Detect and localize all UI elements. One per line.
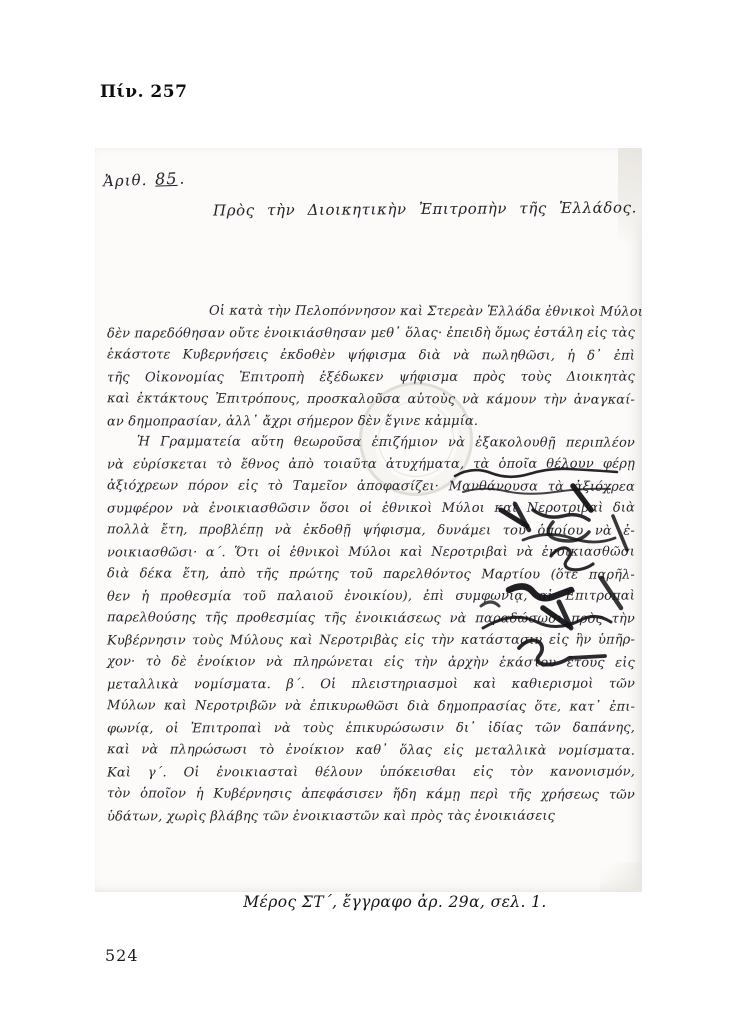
manuscript-line: τὸν ὁποῖον ἡ Κυβέρνησις ἀπεφάσισεν ἤδη κ…: [107, 783, 635, 806]
book-page: Πίν. 257 Ἀριθ. 85. Πρὸς τὴν Διοικητικὴν …: [0, 0, 743, 1027]
manuscript-line: ἑκάστοτε Κυβερνήσεις ἐκδοθὲν ψήφισμα διὰ…: [107, 344, 635, 367]
caption: Μέρος ΣΤ΄, ἔγγραφο ἀρ. 29α, σελ. 1.: [243, 893, 547, 911]
doc-number: Ἀριθ. 85.: [103, 169, 186, 191]
manuscript-line: αν δημοπρασίαν, ἀλλ᾽ ἄχρι σήμερον δὲν ἔγ…: [107, 411, 635, 434]
manuscript-line: Ἡ Γραμματεία αὕτη θεωροῦσα ἐπιζήμιον νὰ …: [107, 431, 635, 454]
manuscript-line: Μύλων καὶ Νεροτριβῶν νὰ ἐπικυρωθῶσι διὰ …: [107, 695, 635, 718]
manuscript-line: τῆς Οἰκονομίας Ἐπιτροπὴ ἐξέδωκεν ψήφισμα…: [107, 367, 635, 390]
doc-number-value: 85: [153, 169, 180, 189]
manuscript-line: καὶ νὰ πληρώσωσι τὸ ἐνοίκιον καθ᾽ ὅλας ε…: [107, 739, 635, 762]
doc-number-label: Ἀριθ.: [103, 171, 148, 191]
manuscript-line: δὲν παρεδόθησαν οὔτε ἐνοικιάσθησαν μεθ᾽ …: [107, 323, 635, 346]
page-number: 524: [105, 946, 139, 965]
ink-corrections: [423, 458, 639, 674]
manuscript-line: Καὶ γ΄. Οἱ ἐνοικιασταὶ θέλουν ὑπόκεισθαι…: [107, 762, 635, 785]
manuscript-line: καὶ ἐκτάκτους Ἐπιτρόπους, προσκαλοῦσα αὐ…: [107, 388, 635, 411]
paper-corner-bottom-right: [600, 862, 642, 892]
manuscript-line: φωνίᾳ, οἱ Ἐπιτροπαὶ νὰ τοὺς ἐπικυρώσωσιν…: [107, 718, 635, 741]
scanned-document: Ἀριθ. 85. Πρὸς τὴν Διοικητικὴν Ἐπιτροπὴν…: [95, 148, 642, 892]
manuscript-line: μεταλλικὰ νομίσματα. β΄. Οἱ πλειστηριασμ…: [107, 674, 635, 697]
manuscript-line: Οἱ κατὰ τὴν Πελοπόννησον καὶ Στερεὰν Ἑλλ…: [107, 300, 635, 323]
document-heading: Πρὸς τὴν Διοικητικὴν Ἐπιτροπὴν τῆς Ἑλλάδ…: [213, 199, 637, 220]
manuscript-line: ὑδάτων, χωρὶς βλάβης τῶν ἐνοικιαστῶν καὶ…: [107, 806, 635, 829]
plate-label: Πίν. 257: [100, 82, 187, 102]
doc-number-suffix: .: [179, 170, 185, 188]
manuscript-paragraph-1: Οἱ κατὰ τὴν Πελοπόννησον καὶ Στερεὰν Ἑλλ…: [107, 301, 635, 433]
paper-corner-top-right: [618, 148, 642, 244]
